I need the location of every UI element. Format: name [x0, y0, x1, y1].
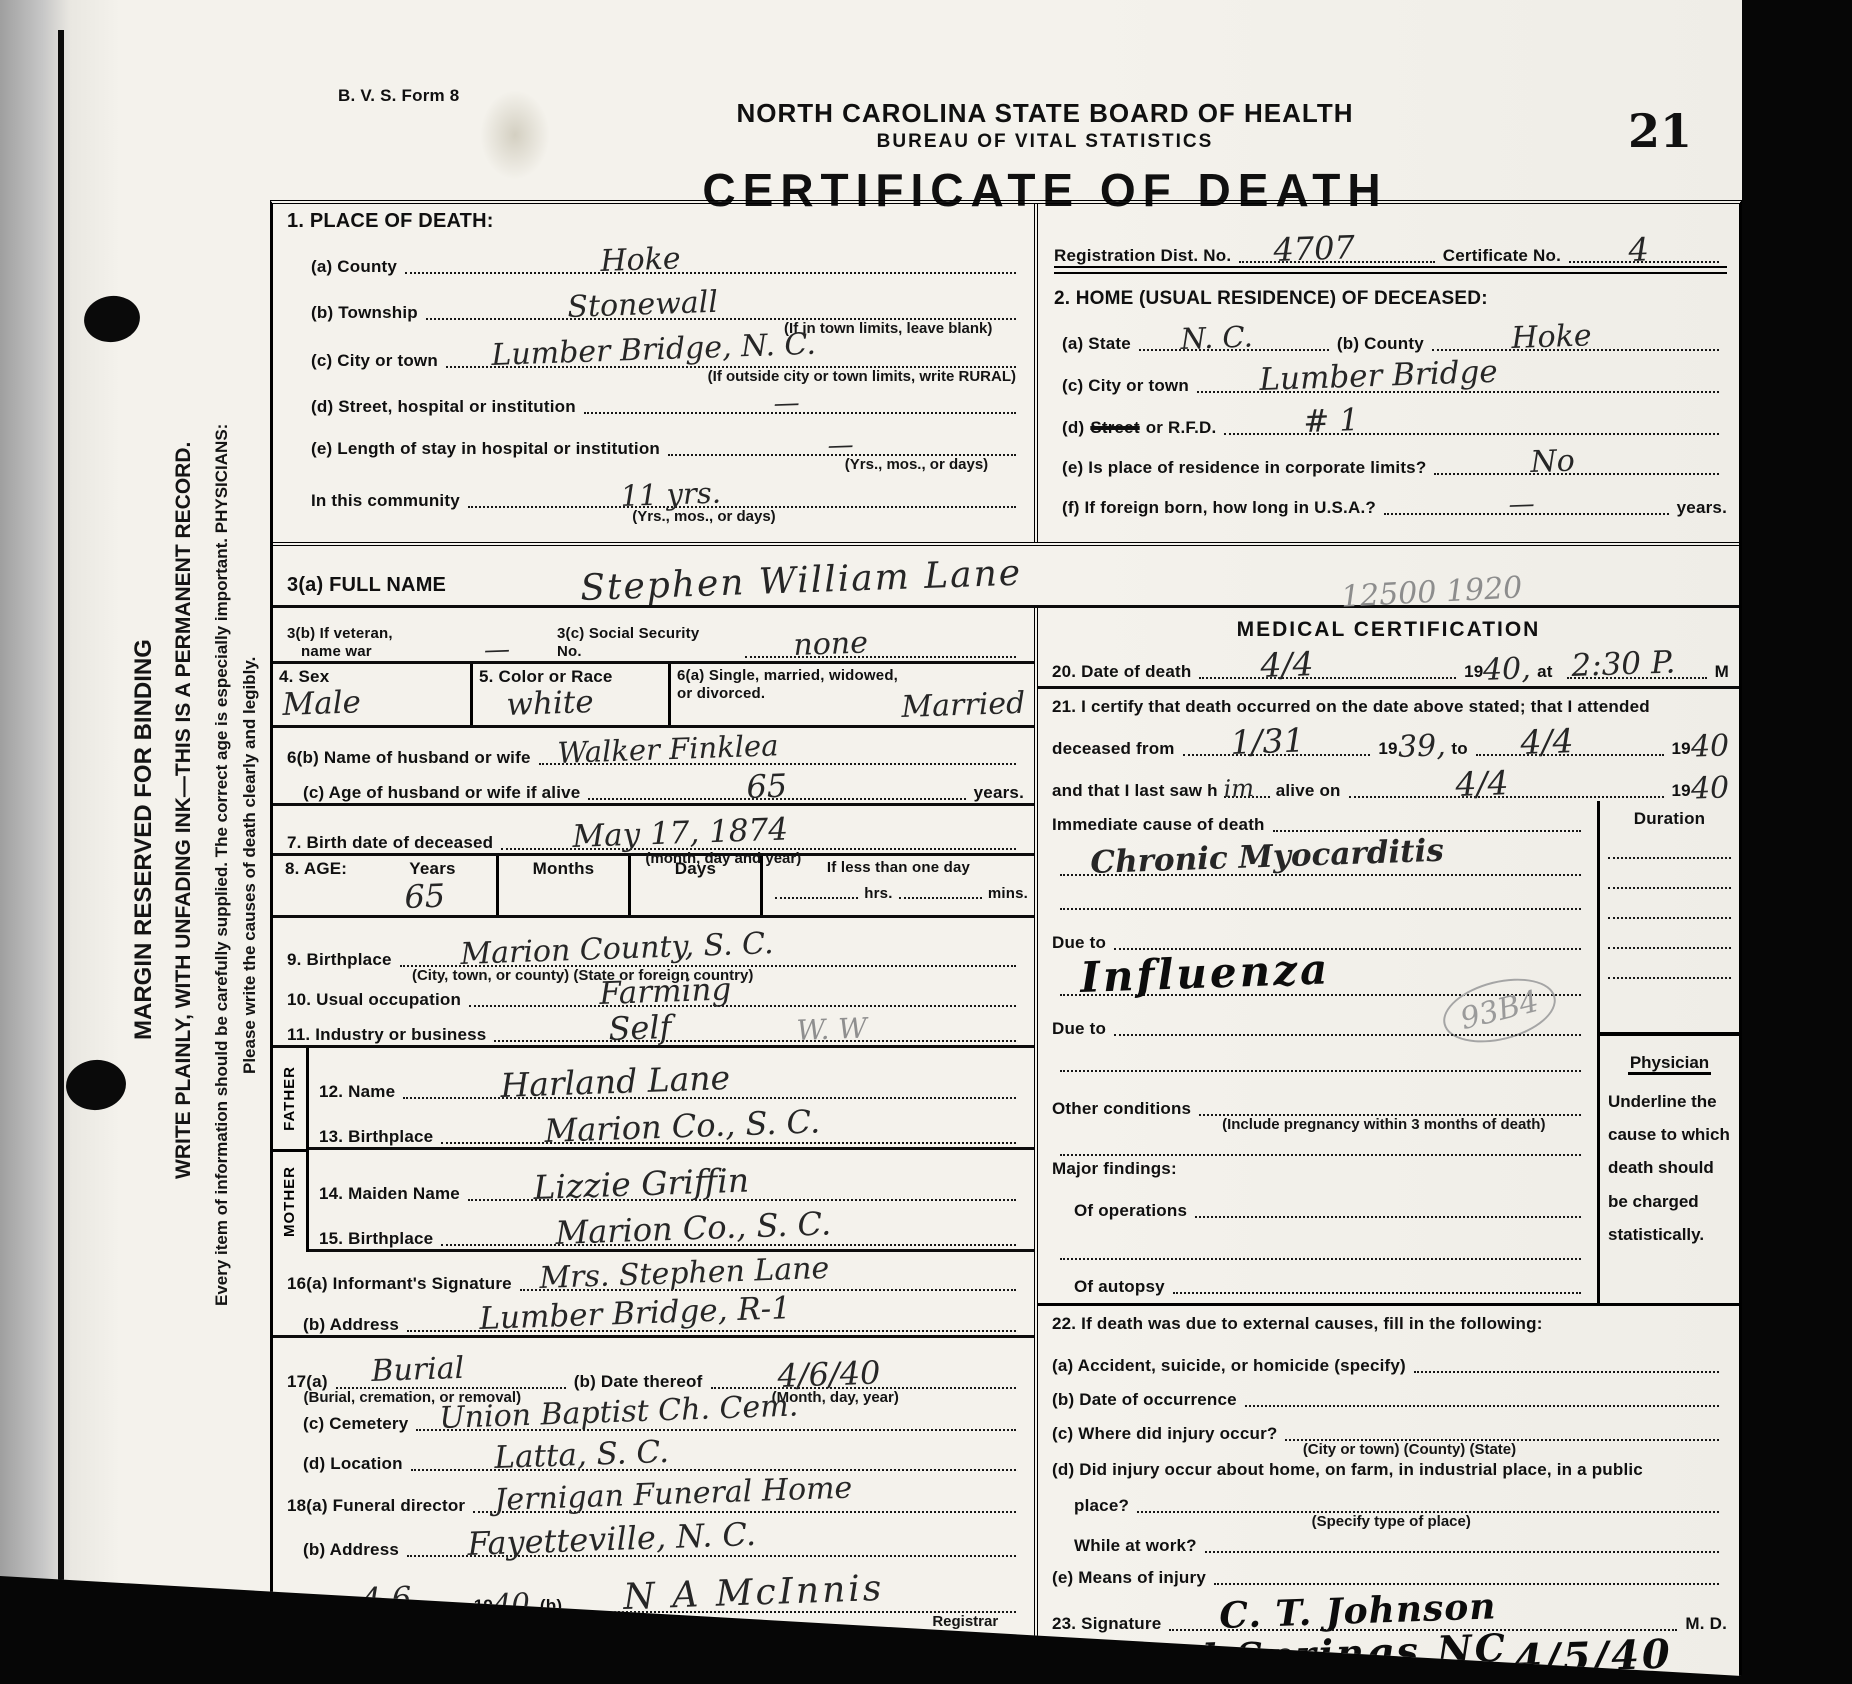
mother-name-row: 14. Maiden Name Lizzie Griffin — [309, 1150, 1034, 1204]
dotted-line: (Specify type of place) — [1137, 1508, 1719, 1513]
physician-header: Physician — [1628, 1053, 1711, 1075]
street-hospital-label: (d) Street, hospital or institution — [311, 397, 576, 417]
time-of-death-value: 2:30 P. — [1571, 647, 1676, 682]
dotted-line: Walker Finklea — [539, 760, 1016, 765]
veteran-value: — — [437, 638, 558, 663]
date-signed-label: Date signed — [1375, 1660, 1474, 1680]
foreign-born-suffix: years. — [1677, 498, 1727, 518]
external-causes-section: 22. If death was due to external causes,… — [1038, 1306, 1739, 1684]
dotted-line: 11 yrs. (Yrs., mos., or days) — [468, 503, 1016, 508]
dotted-line — [1273, 827, 1581, 832]
dotted-line — [1205, 1548, 1719, 1553]
industry-value: Self — [608, 1011, 672, 1045]
informant-address-value: Lumber Bridge, R-1 — [479, 1293, 792, 1335]
dotted-line — [1060, 1255, 1581, 1260]
registrar-note: Registrar — [932, 1613, 998, 1630]
dotted-line: Marion County, S. C. (City, town, or cou… — [400, 962, 1016, 967]
place-of-death-section: 1. PLACE OF DEATH: (a) County Hoke (b) T… — [273, 204, 1038, 542]
community-value: 11 yrs. — [620, 479, 721, 511]
home-county-label: (b) County — [1337, 334, 1424, 354]
dotted-line — [1608, 829, 1731, 859]
duration-physician-sidebar: Duration Physician Underline the cause t… — [1597, 801, 1739, 1303]
other-conditions-label: Other conditions — [1052, 1099, 1191, 1119]
duration-header: Duration — [1608, 809, 1731, 829]
dotted-line: 4/4 — [1199, 674, 1456, 679]
funeral-director-value: Jernigan Funeral Home — [494, 1474, 853, 1516]
registration-district-label: Registration Dist. No. — [1054, 246, 1231, 266]
home-county-value: Hoke — [1511, 321, 1592, 354]
cemetery-location-label: (d) Location — [303, 1454, 403, 1474]
from-year-value: 39, — [1397, 734, 1446, 760]
major-findings-block: Major findings: — [1052, 1159, 1597, 1193]
father-birthplace-row: 13. Birthplace Marion Co., S. C. — [309, 1102, 1034, 1150]
dotted-line — [1195, 1213, 1581, 1218]
funeral-director-label: 18(a) Funeral director — [287, 1496, 465, 1516]
informant-signature-row: 16(a) Informant's Signature Mrs. Stephen… — [273, 1252, 1034, 1294]
attended-to-label: to — [1451, 739, 1467, 759]
dotted-line: Burial (Burial, cremation, or removal) — [336, 1384, 566, 1389]
marital-label-2: or divorced. — [677, 685, 765, 702]
dotted-line: N A McInnis Registrar — [570, 1608, 1016, 1613]
due-to-2-label: Due to — [1052, 1019, 1106, 1039]
birth-date-label: 7. Birth date of deceased — [287, 833, 493, 853]
mother-maiden-label: 14. Maiden Name — [319, 1184, 460, 1204]
external-c-label: (c) Where did injury occur? — [1052, 1424, 1277, 1444]
dotted-line: im — [1224, 793, 1270, 798]
sex-value: Male — [282, 687, 362, 721]
foreign-born-value: — — [1508, 491, 1535, 518]
org-name: NORTH CAROLINA STATE BOARD OF HEALTH — [540, 98, 1550, 129]
margin-permanent-record-note: WRITE PLAINLY, WITH UNFADING INK—THIS IS… — [172, 240, 196, 1380]
page-fold-line — [58, 30, 64, 1596]
margin-instruction-line2: Please write the causes of death clearly… — [240, 130, 260, 1600]
city-of-death-value: Lumber Bridge, N. C. — [490, 330, 815, 371]
father-name-label: 12. Name — [319, 1082, 395, 1102]
age-years-header: Years — [409, 859, 455, 878]
industry-label: 11. Industry or business — [287, 1025, 486, 1045]
home-city-value: Lumber Bridge — [1258, 357, 1497, 396]
father-birthplace-value: Marion Co., S. C. — [544, 1105, 821, 1147]
external-d-label-2: place? — [1074, 1496, 1129, 1516]
spouse-age-row: (c) Age of husband or wife if alive 65 y… — [273, 768, 1034, 806]
veteran-ssn-row: 3(b) If veteran, name war — 3(c) Social … — [273, 608, 1034, 664]
father-side-label: FATHER — [281, 1066, 298, 1131]
filed-registrar-row: 19(a) 4-6 Filed 1940 (b) N A McInnis Reg… — [273, 1560, 1034, 1622]
birth-date-row: 7. Birth date of deceased May 17, 1874 (… — [273, 806, 1034, 856]
due-to-2-row: Due to — [1052, 999, 1597, 1039]
rfd-label-struck: Street — [1090, 418, 1139, 438]
race-value: white — [506, 687, 594, 721]
dotted-line: Harland Lane — [403, 1094, 1016, 1099]
mother-birthplace-row: 15. Birthplace Marion Co., S. C. — [309, 1204, 1034, 1252]
occupation-value: Farming — [599, 974, 732, 1010]
dotted-line: May 17, 1874 (month, day and year) — [501, 845, 1016, 850]
mother-maiden-value: Lizzie Griffin — [533, 1163, 750, 1204]
external-a-label: (a) Accident, suicide, or homicide (spec… — [1052, 1356, 1406, 1376]
township-label: (b) Township — [311, 303, 418, 323]
dotted-line: 4-6 Filed — [336, 1608, 466, 1613]
dotted-line: 65 — [588, 795, 965, 800]
attended-from-label: deceased from — [1052, 739, 1175, 759]
saw-year-value: 40 — [1690, 776, 1729, 801]
father-name-row: 12. Name Harland Lane — [309, 1048, 1034, 1102]
external-c-note: (City or town) (County) (State) — [1303, 1441, 1516, 1458]
last-saw-row: and that I last saw h im alive on 4/4 19… — [1038, 759, 1739, 801]
date-signed-value: 4/5/40 — [1513, 1634, 1673, 1680]
rfd-label: or R.F.D. — [1146, 418, 1217, 438]
external-b-label: (b) Date of occurrence — [1052, 1390, 1237, 1410]
dotted-line: Red Springs NC — [1129, 1672, 1367, 1677]
scanned-certificate-page: MARGIN RESERVED FOR BINDING WRITE PLAINL… — [0, 0, 1742, 1684]
birthplace-label: 9. Birthplace — [287, 950, 392, 970]
double-rule — [1054, 266, 1727, 274]
dotted-line: Lumber Bridge — [1197, 388, 1719, 393]
dotted-line — [899, 894, 982, 899]
dotted-line — [1245, 1402, 1719, 1407]
age-months-header: Months — [533, 859, 595, 878]
parents-block: FATHER MOTHER 12. Name Harland Lane — [273, 1048, 1034, 1252]
spouse-value: Walker Finklea — [557, 731, 779, 768]
burial-type-value: Burial — [371, 1354, 465, 1387]
occupation-label: 10. Usual occupation — [287, 990, 461, 1010]
dotted-line: # 1 — [1224, 430, 1719, 435]
dotted-line: (Include pregnancy within 3 months of de… — [1199, 1111, 1581, 1116]
dod-m-label: M — [1715, 662, 1729, 682]
last-saw-label: and that I last saw h — [1052, 781, 1218, 801]
age-days-header: Days — [675, 859, 716, 878]
dotted-line: none — [745, 653, 1016, 658]
certificate-form: 1. PLACE OF DEATH: (a) County Hoke (b) T… — [270, 200, 1742, 1684]
spouse-label: 6(b) Name of husband or wife — [287, 748, 531, 768]
filed-year-value: 40 — [493, 1592, 531, 1616]
father-name-value: Harland Lane — [500, 1061, 731, 1102]
spouse-age-suffix: years. — [974, 783, 1024, 803]
dotted-line — [1214, 1580, 1719, 1585]
filed-date-value: 4-6 — [361, 1583, 412, 1616]
dotted-line — [775, 894, 858, 899]
dod-year-value: 40, — [1483, 657, 1532, 683]
dotted-line: Hoke — [1432, 346, 1719, 351]
hrs-label: hrs. — [864, 885, 892, 902]
margin-instruction-line1: Every item of information should be care… — [212, 130, 232, 1600]
burial-date-label: (b) Date thereof — [574, 1372, 703, 1392]
age-row: 8. AGE: Years 65 Months Days If less tha… — [273, 856, 1034, 918]
filed-year-prefix: 19 — [474, 1596, 493, 1616]
informant-signature-label: 16(a) Informant's Signature — [287, 1274, 512, 1294]
home-state-label: (a) State — [1062, 334, 1131, 354]
corporate-limits-label: (e) Is place of residence in corporate l… — [1062, 458, 1426, 478]
dotted-line: Fayetteville, N. C. — [407, 1552, 1016, 1557]
place-of-death-title: 1. PLACE OF DEATH: — [287, 210, 1024, 233]
due-to-1-value: Influenza — [1079, 948, 1330, 999]
birthplace-value: Marion County, S. C. — [460, 929, 774, 970]
dotted-line: 4/6/40 (Month, day, year) — [711, 1384, 1016, 1389]
means-of-injury-label: (e) Means of injury — [1052, 1568, 1206, 1588]
dotted-line: — (Yrs., mos., or days) — [668, 451, 1016, 456]
funeral-address-value: Fayetteville, N. C. — [467, 1518, 757, 1560]
filed-label: 19(a) — [287, 1596, 328, 1616]
dotted-line: Marion Co., S. C. — [441, 1139, 1016, 1144]
physician-address-label: Address — [1052, 1660, 1121, 1680]
cemetery-value: Union Baptist Ch. Cem. — [439, 1391, 799, 1434]
alive-on-label: alive on — [1276, 781, 1341, 801]
burial-type-row: 17(a) Burial (Burial, cremation, or remo… — [273, 1338, 1034, 1392]
age-label: 8. AGE: — [285, 859, 347, 878]
dotted-line: Jernigan Funeral Home — [473, 1508, 1016, 1513]
certify-statement: 21. I certify that death occurred on the… — [1038, 686, 1739, 717]
physician-signature-row: 23. Signature C. T. Johnson M. D. — [1052, 1588, 1727, 1634]
medical-certification-title: MEDICAL CERTIFICATION — [1038, 608, 1739, 642]
dotted-line: 4/5/40 — [1482, 1672, 1720, 1677]
registrar-b-label: (b) — [540, 1596, 562, 1616]
physician-note: Underline the cause to which death shoul… — [1608, 1085, 1731, 1251]
dod-year-prefix: 19 — [1464, 662, 1483, 682]
scan-black-border — [1742, 0, 1852, 1684]
duration-box: Duration — [1600, 801, 1739, 1036]
dod-at-label: at — [1537, 662, 1553, 682]
attended-from-row: deceased from 1/31 1939, to 4/4 1940 — [1038, 717, 1739, 759]
funeral-address-row: (b) Address Fayetteville, N. C. — [273, 1516, 1034, 1560]
rfd-value: # 1 — [1302, 405, 1359, 438]
dotted-line: Union Baptist Ch. Cem. — [416, 1426, 1016, 1431]
street-hospital-value: — — [773, 390, 800, 417]
dotted-line — [1608, 889, 1731, 919]
marital-label-1: 6(a) Single, married, widowed, — [677, 667, 898, 684]
dotted-line: — — [584, 409, 1016, 414]
filed-note: Filed — [380, 1613, 415, 1630]
full-name-value: Stephen William Lane — [580, 556, 1023, 607]
physician-address-value: Red Springs NC — [1128, 1629, 1509, 1680]
ssn-value: none — [793, 628, 868, 661]
page-number: 21 — [1628, 104, 1692, 158]
informant-signature-value: Mrs. Stephen Lane — [539, 1254, 830, 1294]
mins-label: mins. — [988, 885, 1028, 902]
dotted-line: Lumber Bridge, N. C. (If outside city or… — [446, 363, 1016, 368]
full-name-row: 3(a) FULL NAME Stephen William Lane 1250… — [273, 546, 1739, 608]
age-less-day-header: If less than one day — [827, 859, 970, 876]
burial-date-value: 4/6/40 — [777, 1356, 881, 1392]
physician-signature-label: 23. Signature — [1052, 1614, 1161, 1634]
spouse-name-row: 6(b) Name of husband or wife Walker Fink… — [273, 728, 1034, 768]
dotted-line: 4707 — [1239, 258, 1435, 263]
dotted-line: Marion Co., S. C. — [441, 1241, 1016, 1246]
home-title: 2. HOME (USUAL RESIDENCE) OF DECEASED: — [1054, 288, 1727, 310]
dotted-line: 4 — [1569, 258, 1719, 263]
from-year-prefix: 19 — [1378, 739, 1397, 759]
immediate-cause-label: Immediate cause of death — [1052, 815, 1265, 835]
marital-value: Married — [901, 689, 1026, 723]
immediate-cause-value: Chronic Myocarditis — [1090, 836, 1444, 879]
physician-address-row: Address Red Springs NC Date signed 4/5/4… — [1052, 1634, 1727, 1684]
punch-hole — [81, 292, 143, 345]
cemetery-row: (c) Cemetery Union Baptist Ch. Cem. — [273, 1392, 1034, 1434]
attended-from-value: 1/31 — [1230, 723, 1305, 759]
medical-certification-column: MEDICAL CERTIFICATION 20. Date of death … — [1038, 608, 1739, 1684]
due-to-1-label: Due to — [1052, 933, 1106, 953]
corporate-limits-value: No — [1530, 446, 1575, 478]
veteran-label-1: 3(b) If veteran, — [287, 625, 393, 642]
last-saw-fill: im — [1223, 776, 1254, 801]
funeral-director-row: 18(a) Funeral director Jernigan Funeral … — [273, 1474, 1034, 1516]
form-code: B. V. S. Form 8 — [338, 86, 459, 106]
dotted-line: Hoke — [405, 269, 1016, 274]
dotted-line: 1/31 — [1183, 751, 1371, 756]
dotted-line: N. C. — [1139, 346, 1329, 351]
mother-birthplace-label: 15. Birthplace — [319, 1229, 433, 1249]
dotted-line — [1173, 1289, 1581, 1294]
certificate-no-value: 4 — [1628, 233, 1649, 266]
mother-side-label: MOTHER — [281, 1166, 298, 1237]
other-conditions-row: Other conditions (Include pregnancy with… — [1052, 1075, 1597, 1119]
dotted-line: Chronic Myocarditis — [1060, 871, 1581, 876]
rfd-label-prefix: (d) — [1062, 418, 1084, 438]
foreign-born-label: (f) If foreign born, how long in U.S.A.? — [1062, 498, 1376, 518]
dotted-line: Lumber Bridge, R-1 — [407, 1327, 1016, 1332]
veteran-label-2: name war — [287, 643, 372, 660]
home-city-label: (c) City or town — [1062, 376, 1189, 396]
age-years-value: 65 — [404, 880, 446, 913]
punch-hole — [64, 1057, 129, 1113]
registration-district-value: 4707 — [1273, 231, 1356, 266]
major-findings-label: Major findings: — [1052, 1159, 1177, 1178]
stay-length-label: (e) Length of stay in hospital or instit… — [311, 439, 660, 459]
dotted-line — [1060, 1067, 1581, 1072]
industry-scribble: W. W — [796, 1015, 867, 1045]
occupation-row: 10. Usual occupation Farming — [273, 970, 1034, 1010]
date-of-death-row: 20. Date of death 4/4 1940, at 2:30 P. M — [1038, 642, 1739, 682]
dotted-line — [1608, 949, 1731, 979]
county-value: Hoke — [599, 244, 680, 277]
mother-birthplace-value: Marion Co., S. C. — [555, 1207, 832, 1249]
cemetery-location-row: (d) Location Latta, S. C. — [273, 1434, 1034, 1474]
cemetery-location-value: Latta, S. C. — [494, 1437, 669, 1474]
home-state-value: N. C. — [1180, 322, 1253, 354]
informant-address-label: (b) Address — [303, 1315, 399, 1335]
external-title: 22. If death was due to external causes,… — [1052, 1314, 1727, 1346]
of-autopsy-label: Of autopsy — [1052, 1277, 1165, 1297]
dotted-line: Lizzie Griffin — [468, 1196, 1016, 1201]
funeral-address-label: (b) Address — [303, 1540, 399, 1560]
date-of-death-value: 4/4 — [1260, 647, 1314, 682]
spouse-age-value: 65 — [746, 770, 788, 803]
personal-data-column: 3(b) If veteran, name war — 3(c) Social … — [273, 608, 1038, 1684]
county-label: (a) County — [311, 257, 397, 277]
dotted-line: Stonewall (If in town limits, leave blan… — [426, 315, 1016, 320]
dotted-line: Farming — [469, 1002, 1016, 1007]
dotted-line: 2:30 P. — [1567, 674, 1707, 679]
attended-to-value: 4/4 — [1520, 724, 1574, 759]
dotted-line: No — [1434, 470, 1719, 475]
birth-date-value: May 17, 1874 — [572, 814, 789, 853]
dotted-line: (City or town) (County) (State) — [1285, 1436, 1719, 1441]
of-operations-label: Of operations — [1052, 1201, 1187, 1221]
physician-box: Physician Underline the cause to which d… — [1600, 1036, 1739, 1261]
cemetery-label: (c) Cemetery — [303, 1414, 408, 1434]
dotted-line — [1608, 919, 1731, 949]
to-year-value: 40 — [1690, 734, 1729, 759]
saw-year-prefix: 19 — [1672, 781, 1691, 801]
dotted-line — [1608, 859, 1731, 889]
sex-race-marital-row: 4. Sex Male 5. Color or Race white 6(a) … — [273, 664, 1034, 728]
dotted-line: 4/4 — [1349, 793, 1664, 798]
community-label: In this community — [311, 491, 460, 511]
dotted-line: Latta, S. C. — [411, 1466, 1016, 1471]
registrar-signature: N A McInnis — [622, 1571, 884, 1616]
dotted-line — [1060, 1151, 1581, 1156]
full-name-label: 3(a) FULL NAME — [287, 574, 446, 597]
last-saw-date: 4/4 — [1455, 766, 1509, 801]
community-note: (Yrs., mos., or days) — [632, 508, 775, 525]
dotted-line — [1114, 1031, 1581, 1036]
to-year-prefix: 19 — [1672, 739, 1691, 759]
city-of-death-label: (c) City or town — [311, 351, 438, 371]
bureau-name: BUREAU OF VITAL STATISTICS — [540, 131, 1550, 153]
spouse-age-label: (c) Age of husband or wife if alive — [303, 783, 580, 803]
ssn-label-1: 3(c) Social Security — [557, 625, 699, 642]
informant-address-row: (b) Address Lumber Bridge, R-1 — [273, 1294, 1034, 1338]
industry-row: 11. Industry or business Self W. W — [273, 1010, 1034, 1048]
ssn-label-2: No. — [557, 643, 582, 660]
margin-binding-note: MARGIN RESERVED FOR BINDING — [130, 560, 158, 1120]
md-suffix: M. D. — [1685, 1614, 1727, 1634]
name-line: Stephen William Lane 12500 1920 — [454, 597, 1721, 602]
while-at-work-label: While at work? — [1074, 1536, 1197, 1556]
sex-label: 4. Sex — [279, 667, 329, 686]
cause-of-death-region: Immediate cause of death Chronic Myocard… — [1038, 801, 1739, 1306]
dotted-line — [1060, 905, 1581, 910]
dotted-line: 4/4 — [1476, 751, 1664, 756]
dotted-line: Self W. W — [494, 1037, 1016, 1042]
certificate-no-label: Certificate No. — [1443, 246, 1561, 266]
birthplace-row: 9. Birthplace Marion County, S. C. (City… — [273, 918, 1034, 970]
stay-length-value: — — [827, 432, 854, 459]
father-birthplace-label: 13. Birthplace — [319, 1127, 433, 1147]
township-value: Stonewall — [566, 288, 717, 323]
home-residence-section: Registration Dist. No. 4707 Certificate … — [1038, 204, 1739, 542]
parents-side-strip: FATHER MOTHER — [273, 1048, 309, 1252]
dotted-line — [1414, 1368, 1719, 1373]
dotted-line: — — [1384, 510, 1669, 515]
date-of-death-label: 20. Date of death — [1052, 662, 1191, 682]
